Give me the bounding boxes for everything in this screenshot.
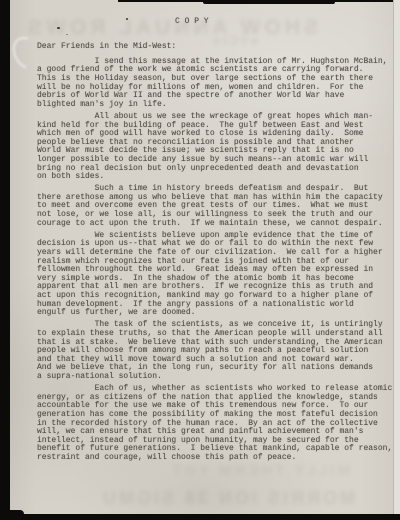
paragraph: All about us we see the wreckage of grea… <box>37 113 397 182</box>
paragraph: I send this message at the invitation of… <box>37 58 397 110</box>
scan-border-top-thick <box>203 0 335 4</box>
scan-border-left <box>0 0 10 520</box>
scan-border-bottom <box>0 514 400 520</box>
scan-border-bottom-left <box>0 510 24 520</box>
paragraph: Each of us, whether as scientists who wo… <box>37 385 397 462</box>
paper-edge-right <box>393 0 400 514</box>
paragraph: We scientists believe upon ample evidenc… <box>37 232 397 318</box>
paragraph: Such a time in history breeds defeatism … <box>37 185 397 228</box>
typewritten-letter: C O P Y Dear Friends in the Mid-West: I … <box>37 18 397 466</box>
salutation: Dear Friends in the Mid-West: <box>37 43 397 52</box>
copy-label: C O P Y <box>175 18 397 27</box>
scanned-letter-page: SHOW ANNUAL ROWS eYCre MILLY THERM YOT M… <box>0 0 400 520</box>
letter-body: I send this message at the invitation of… <box>37 58 397 463</box>
paragraph: The task of the scientists, as we concei… <box>37 321 397 381</box>
bleedthrough-ghost-text-bottom-2: MORRIS ION 38 SIGMU <box>95 488 355 509</box>
